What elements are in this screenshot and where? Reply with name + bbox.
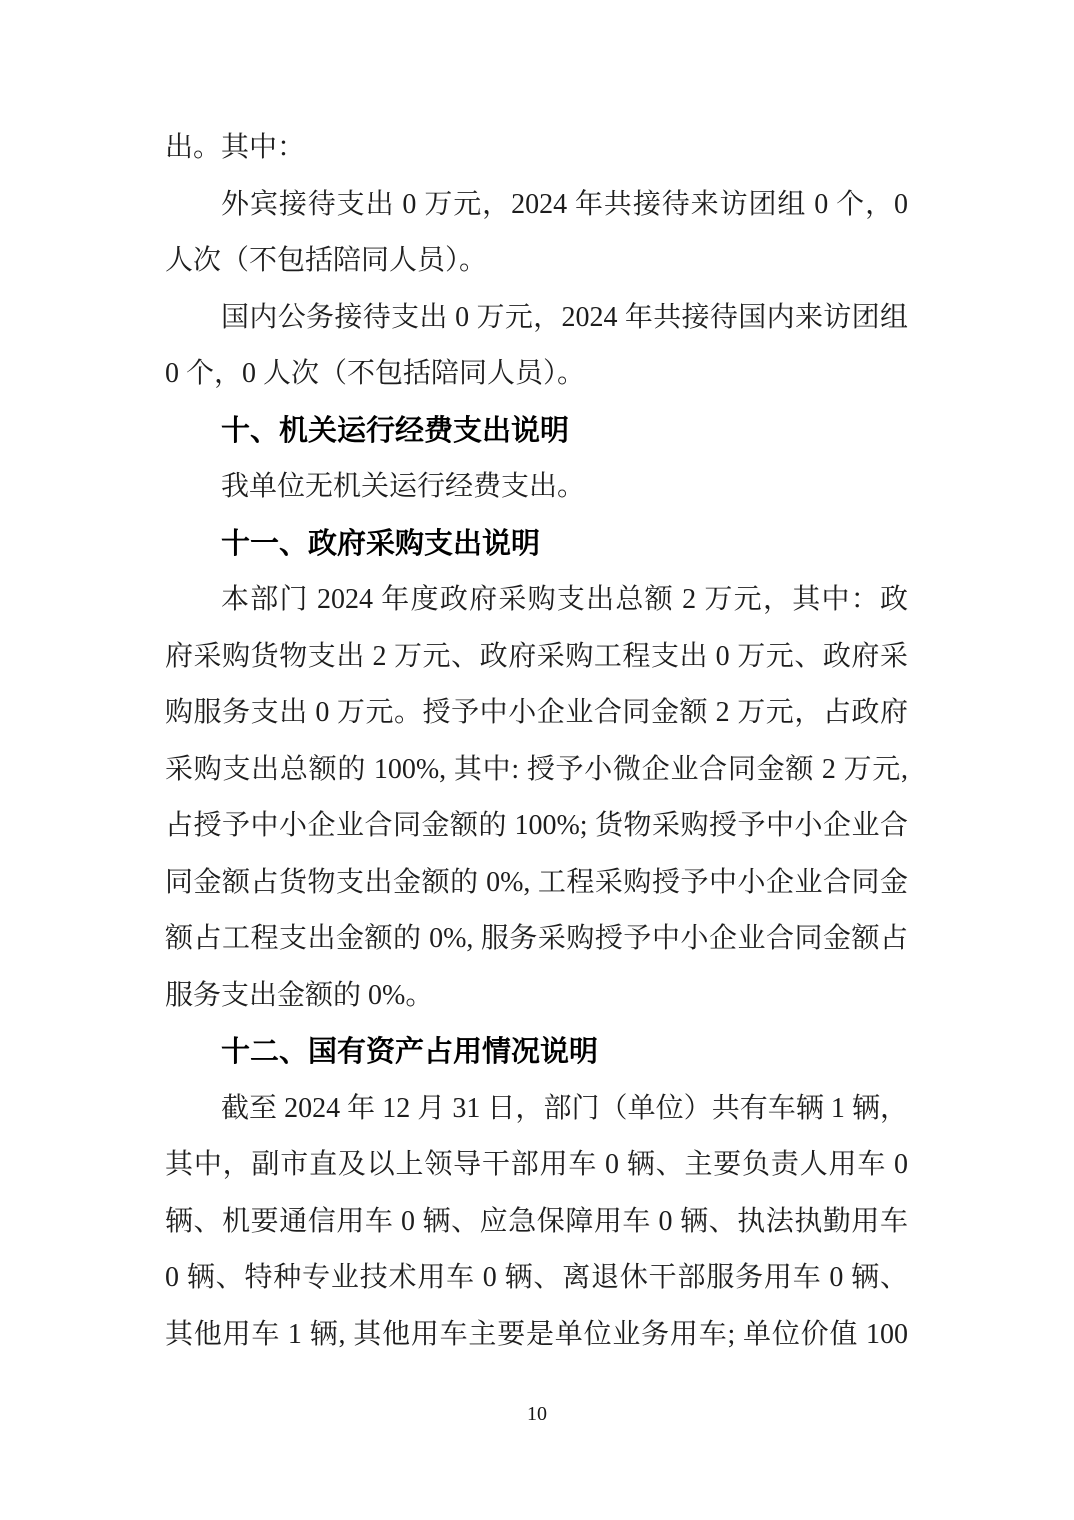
para-section-11-line: 占授予中小企业合同金额的 100%; 货物采购授予中小企业合 <box>165 798 908 855</box>
para-section-11-line: 额占工程支出金额的 0%, 服务采购授予中小企业合同金额占 <box>165 911 908 968</box>
para-section-12-line: 0 辆、特种专业技术用车 0 辆、离退休干部服务用车 0 辆、 <box>165 1250 908 1307</box>
para-section-11-line: 本部门 2024 年度政府采购支出总额 2 万元，其中：政 <box>165 572 908 629</box>
para-domestic-reception-line: 0 个，0 人次（不包括陪同人员）。 <box>165 346 908 403</box>
document-body: 出。其中：外宾接待支出 0 万元，2024 年共接待来访团组 0 个，0人次（不… <box>165 120 908 1363</box>
heading-section-10-line: 十、机关运行经费支出说明 <box>165 403 908 460</box>
para-section-11-line: 同金额占货物支出金额的 0%, 工程采购授予中小企业合同金 <box>165 855 908 912</box>
para-domestic-reception-line: 国内公务接待支出 0 万元，2024 年共接待国内来访团组 <box>165 290 908 347</box>
para-section-11-line: 购服务支出 0 万元。授予中小企业合同金额 2 万元，占政府 <box>165 685 908 742</box>
para-section-10-line: 我单位无机关运行经费支出。 <box>165 459 908 516</box>
para-section-11-line: 府采购货物支出 2 万元、政府采购工程支出 0 万元、政府采 <box>165 629 908 686</box>
para-section-12-line: 辆、机要通信用车 0 辆、应急保障用车 0 辆、执法执勤用车 <box>165 1194 908 1251</box>
para-section-12-line: 截至 2024 年 12 月 31 日，部门（单位）共有车辆 1 辆， <box>165 1081 908 1138</box>
document-page: 出。其中：外宾接待支出 0 万元，2024 年共接待来访团组 0 个，0人次（不… <box>0 0 1074 1520</box>
para-section-11-line: 采购支出总额的 100%, 其中: 授予小微企业合同金额 2 万元, <box>165 742 908 799</box>
page-number: 10 <box>0 1400 1074 1428</box>
para-foreign-reception-line: 人次（不包括陪同人员）。 <box>165 233 908 290</box>
heading-section-12-line: 十二、国有资产占用情况说明 <box>165 1024 908 1081</box>
para-carryover-line: 出。其中： <box>165 120 908 177</box>
para-foreign-reception-line: 外宾接待支出 0 万元，2024 年共接待来访团组 0 个，0 <box>165 177 908 234</box>
para-section-11-line: 服务支出金额的 0%。 <box>165 968 908 1025</box>
heading-section-11-line: 十一、政府采购支出说明 <box>165 516 908 573</box>
para-section-12-line: 其他用车 1 辆, 其他用车主要是单位业务用车; 单位价值 100 <box>165 1307 908 1364</box>
para-section-12-line: 其中，副市直及以上领导干部用车 0 辆、主要负责人用车 0 <box>165 1137 908 1194</box>
